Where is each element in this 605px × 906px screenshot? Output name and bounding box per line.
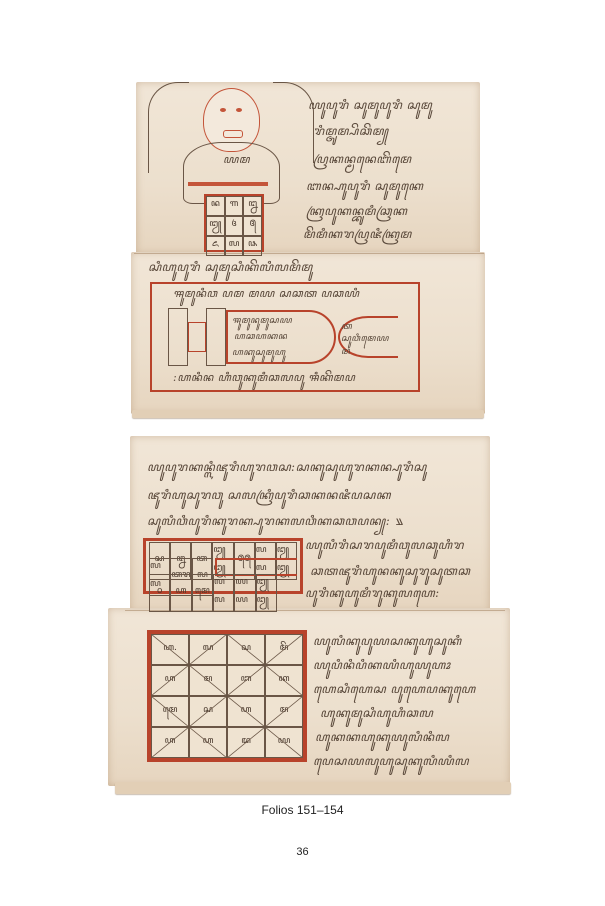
demon-arm-left [148, 82, 189, 173]
page-number: 36 [0, 846, 605, 858]
script-line: ꦫꦶꦩ꧀ꦗꦸꦩ꧀ꦥꦼꦕꦼꦩ꧀ [313, 122, 468, 146]
weapon-guard [206, 308, 226, 366]
script-line: ꦪꦸꦭꦶꦫꦶꦱꦫꦥꦸꦩꦶꦮꦸꦭꦕꦸꦲꦶꦫ [305, 536, 475, 560]
script-line: ꦥꦸꦫꦶꦏꦸꦲꦸꦩꦶꦫꦸꦏꦸꦭꦲꦺ: [305, 584, 480, 608]
grid-cell: ꧖ [206, 236, 225, 256]
script-line: ꦱꦸꦭꦶꦮꦶꦥꦸꦫꦶꦏꦸꦫꦏ꧀ꦥꦸꦫꦏꦭꦮꦶꦏꦕꦮꦥꦤ꧀: ꧉ [147, 512, 487, 536]
weapon-grip [188, 322, 206, 352]
script-line: ꦪꦸꦥꦸꦫꦏꦤ꧀ꦭꦶꦗꦸꦫꦶꦲꦸꦫꦮꦱ:ꦱꦏꦸꦱꦸꦲꦸꦫꦏꦤ꧀ꦥꦸꦫꦶꦱꦸ [147, 458, 477, 482]
grid-cell: ꧑ [225, 196, 244, 216]
number-table-row-2: ꦭꦭ ꦠꦫ ꦭ [149, 558, 213, 574]
table-cell: ꦲ [170, 574, 191, 612]
table-cell: ꧓꧓ [256, 574, 277, 612]
manuscript-photo-upper: ꦪꦩ ꦤ ꧑ ꧒ ꧓ ꧔ ꧕ ꧖ ꧗ ꧘ ꦪꦸꦥꦸꦫꦶ ꦱꦸꦩꦸꦥꦸꦫꦶ ꦱꦸꦩ… [128, 82, 488, 422]
script-line: ꦱꦶꦲꦸꦥꦸꦫꦶ ꦱꦸꦩꦸꦱꦶꦏꦼꦭꦶꦭꦩꦼꦩꦸ [148, 258, 468, 282]
weapon-inner-line: ꦲꦏꦸꦱꦸꦩꦸꦲꦸ [232, 346, 286, 364]
script-line: ꦕꦠꦗꦸꦫꦶꦲꦸꦤꦏꦸꦱꦸꦫꦸꦱꦸꦠꦕ [310, 562, 480, 586]
demon-belt [188, 182, 268, 186]
script-line: ꦏꦿꦥꦸꦏꦤ꧀ꦧꦸꦩꦶꦕꦿꦏ [306, 202, 468, 226]
grid-cell: ꧘ [243, 236, 262, 256]
script-line: :ꦲꦤꦶꦤ ꦲꦶꦮꦸꦏꦸꦩꦶꦕꦭꦥꦸ ꦯꦶꦏꦼꦩꦥ [173, 370, 413, 392]
magic-square-3x3: ꦤ ꧑ ꧒ ꧓ ꧔ ꧕ ꧖ ꧗ ꧘ [204, 194, 264, 252]
script-line: ꦪꦸꦭꦶꦏꦸꦥꦸꦪꦱꦏꦸꦲꦸꦱꦸꦏꦶ [313, 632, 478, 656]
table-cell: ꧙꧙ [234, 574, 255, 612]
script-line: ꦯꦸꦩꦸꦤꦶꦮ ꦥꦩ ꦩꦪ ꦱꦕꦠ ꦥꦕꦪꦶ [173, 286, 413, 308]
table-cell: ꧐ [149, 574, 170, 612]
script-line: ꦧꦤ꧀ꦲꦸꦥꦸꦫꦶ ꦱꦸꦩꦸꦏꦺ [306, 177, 468, 201]
upper-fold-line [134, 253, 484, 254]
demon-arm-right [273, 82, 314, 163]
demon-eye-left [220, 108, 226, 112]
grid-cell: ꧒ [243, 196, 262, 216]
lower-page-edge [115, 782, 511, 794]
grid-cell: ꦤ [206, 196, 225, 216]
table-cell: ꧗꧗ [213, 574, 234, 612]
number-table-row-1: ꦱ ꧒ ꦠ ꧓꧓ ꧕꧕ ꧗꧗ ꧓꧓ [149, 542, 297, 558]
upper-page-edge [132, 410, 484, 418]
grid-cell: ꧔ [225, 216, 244, 236]
script-line: ꦪꦸꦥꦶꦤꦶꦥꦶꦏꦪꦶꦲꦸꦪꦸꦲꦴ [313, 656, 478, 680]
script-line: ꦪꦸꦥꦸꦫꦶ ꦱꦸꦩꦸꦥꦸꦫꦶ ꦱꦸꦩꦸ [308, 96, 468, 120]
table-cell: ꦩꦺ [192, 574, 213, 612]
magic-square-diagonals [151, 634, 303, 758]
figure-label: ꦪꦩ [223, 152, 250, 174]
grid-cell: ꧓ [206, 216, 225, 236]
manuscript-photo-lower: ꦪꦸꦥꦸꦫꦏꦤ꧀ꦭꦶꦗꦸꦫꦶꦲꦸꦫꦮꦱ:ꦱꦏꦸꦱꦸꦲꦸꦫꦏꦤ꧀ꦥꦸꦫꦶꦱꦸ ꦗꦸ… [105, 436, 517, 798]
script-line: ꦲꦸꦏꦏꦲꦸꦏꦸꦪꦸꦭꦶꦤꦶꦭ [315, 728, 485, 752]
weapon-tip-line: ꦩ [341, 345, 350, 363]
weapon-hilt [168, 308, 188, 366]
script-line: ꦩꦼꦩꦶꦏꦫꦥꦿꦗꦶꦏꦿꦩ [303, 225, 468, 249]
demon-eye-right [236, 108, 242, 112]
grid-cell: ꧗ [225, 236, 244, 256]
figure-caption: Folios 151–154 [0, 803, 605, 817]
script-line: ꦥꦿꦏꦤ꧀ꦩꦤꦺꦧꦼꦩꦺ [313, 150, 468, 174]
script-line: ꦲꦸꦏꦸꦩꦸꦱꦶꦲꦸꦲꦶꦕꦭ [320, 704, 480, 728]
number-table-row-3: ꧐ ꦲ ꦩꦺ ꧗꧗ ꧙꧙ ꧓꧓ [149, 574, 277, 590]
script-line: ꦲꦺꦱꦶꦲꦺꦱ ꦥꦸꦲꦺꦥꦏꦸꦲꦺ [313, 680, 478, 704]
script-line: ꦗꦸꦫꦶꦲꦸꦱꦸꦫꦮꦸ ꦱꦭꦏꦿꦶꦥꦸꦫꦶꦕꦏꦤꦗꦶꦥꦱꦏ [147, 486, 477, 510]
demon-mouth [223, 130, 243, 138]
script-line: ꦥꦺꦱꦪꦭꦸꦲꦸꦱꦸꦏꦸꦭꦶꦪꦶꦭ [313, 752, 493, 776]
grid-cell: ꧕ [243, 216, 262, 236]
